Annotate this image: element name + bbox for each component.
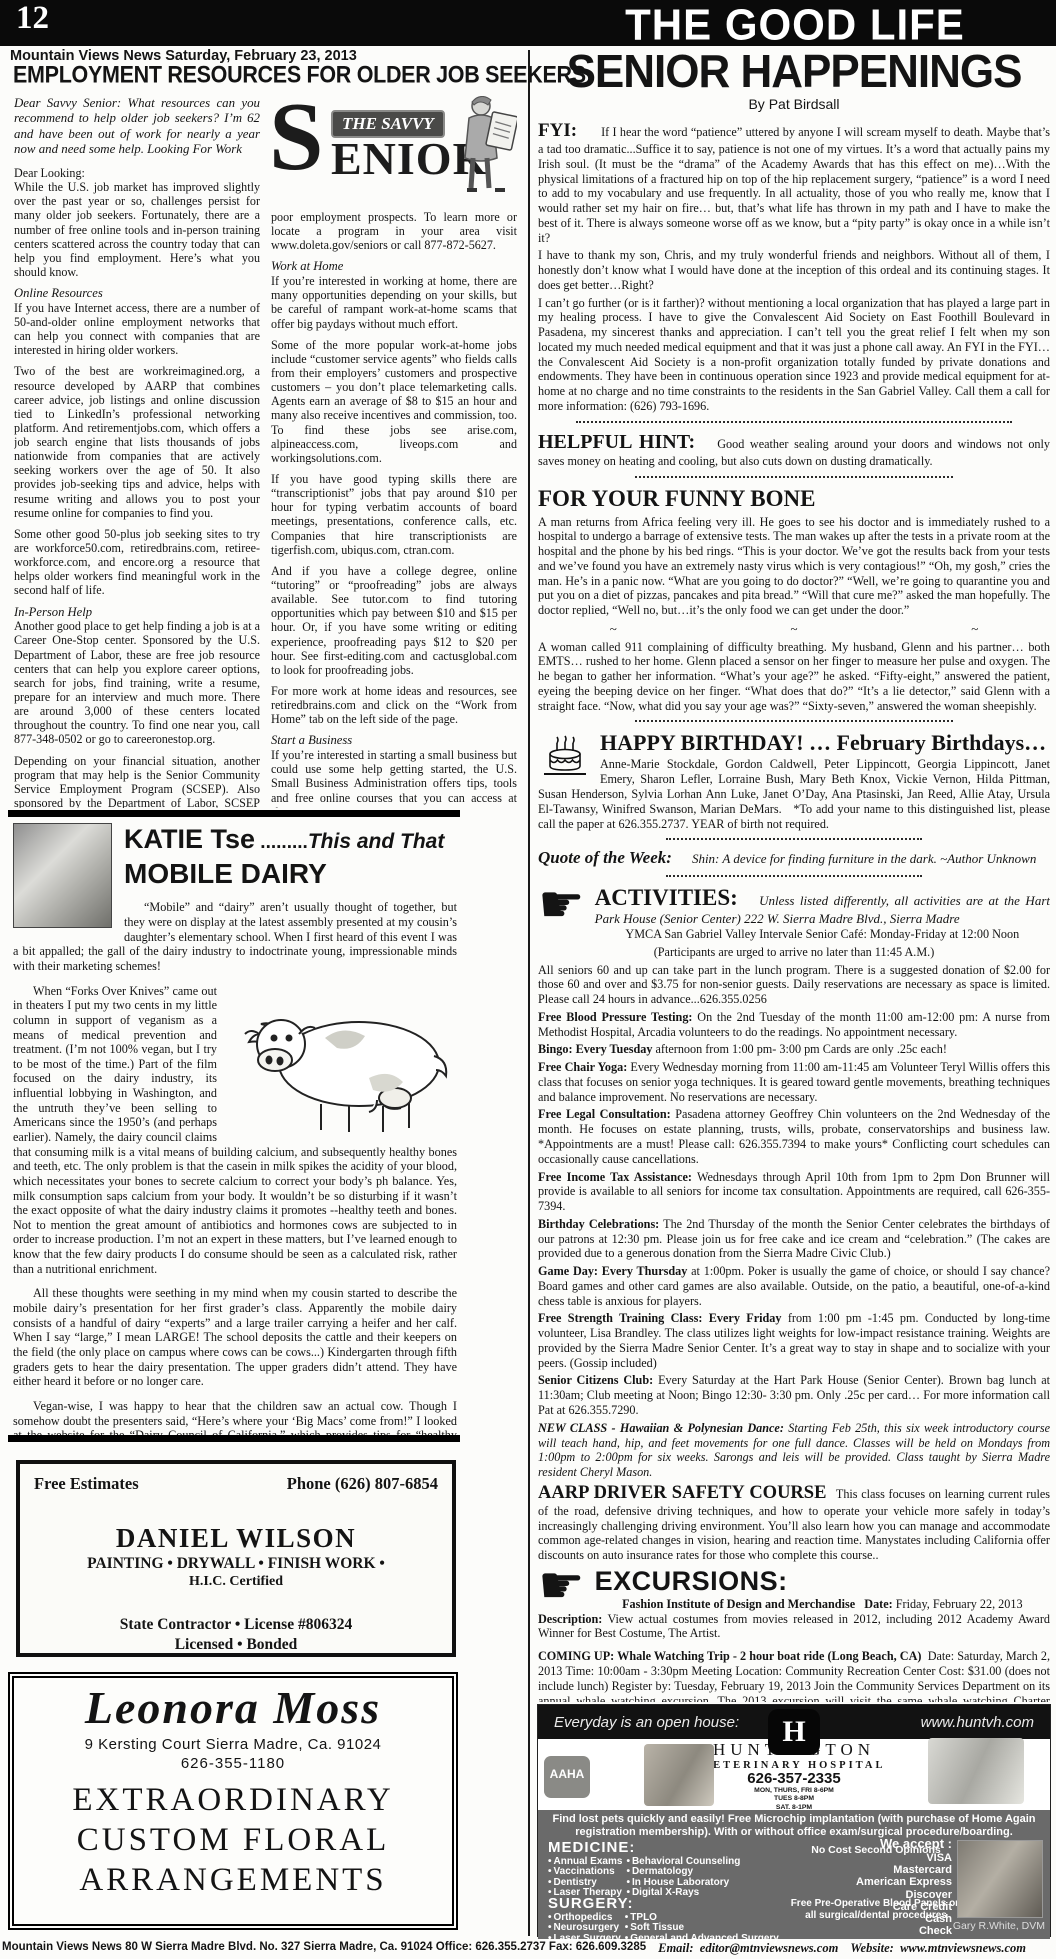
activity-item: Free Income Tax Assistance: Wednesdays t… <box>538 1170 1050 1214</box>
tilde: ~ <box>790 621 797 637</box>
coming-up-item: COMING UP: Whale Watching Trip - 2 hour … <box>538 1649 1050 1702</box>
daniel-licensed-bonded: Licensed • Bonded <box>20 1635 452 1655</box>
senior-happenings-headline: SENIOR HAPPENINGS <box>538 50 1050 95</box>
payment-item: VISA <box>802 1852 952 1864</box>
payment-item: Cash <box>802 1913 952 1925</box>
email-address: editor@mtnviewsnews.com <box>700 1941 839 1955</box>
article-paragraph: Another good place to get help finding a… <box>14 619 260 746</box>
article-paragraph: If you have good typing skills there are… <box>271 472 517 557</box>
fyi-text-1: If I hear the word “patience” uttered by… <box>538 125 1050 245</box>
daniel-ad-toprow: Free Estimates Phone (626) 807-6854 <box>20 1464 452 1494</box>
daniel-ad-bottom: State Contractor • License #806324 Licen… <box>20 1615 452 1655</box>
activity-item: Birthday Celebrations: The 2nd Thursday … <box>538 1217 1050 1261</box>
activity-item: Free Chair Yoga: Every Wednesday morning… <box>538 1060 1050 1104</box>
quote-text: Shin: A device for finding furniture in … <box>692 851 1036 866</box>
payment-item: Check <box>802 1925 952 1937</box>
daniel-ad-center: DANIEL WILSON PAINTING • DRYWALL • FINIS… <box>20 1524 452 1591</box>
article-subhead: Online Resources <box>14 286 260 301</box>
employment-column-2: S THE SAVVY ENIOR <box>271 96 517 808</box>
email-label: Email: <box>658 1941 693 1955</box>
aaha-badge: AAHA <box>544 1756 590 1798</box>
ymca-line2: (Participants are urged to arrive no lat… <box>538 945 1050 960</box>
activity-item: Bingo: Every Tuesday afternoon from 1:00… <box>538 1042 1050 1057</box>
activity-item: Senior Citizens Club: Every Saturday at … <box>538 1373 1050 1417</box>
dog-photo <box>928 1738 1024 1804</box>
article-paragraph: If you’re interested in starting a small… <box>271 748 517 808</box>
coming-up-label: COMING UP: Whale Watching Trip - 2 hour … <box>538 1649 921 1663</box>
fyi-paragraph-2: I have to thank my son, Chris, and my tr… <box>538 248 1050 292</box>
activity-label: Free Chair Yoga: <box>538 1060 627 1074</box>
medicine-list-2: Behavioral CounselingDermatologyIn House… <box>626 1857 740 1899</box>
daniel-certification: H.I.C. Certified <box>20 1573 452 1591</box>
article-paragraph: While the U.S. job market has improved s… <box>14 180 260 279</box>
activity-label: Free Strength Training Class: Every Frid… <box>538 1311 781 1325</box>
activities-label: ACTIVITIES: <box>595 885 754 910</box>
helpful-hint: HELPFUL HINT:Good weather sealing around… <box>538 431 1050 469</box>
katie-column-tagline: This and That <box>308 830 445 853</box>
medicine-item: Vaccinations <box>548 1867 622 1878</box>
employment-intro: Dear Savvy Senior: What resources can yo… <box>14 96 260 158</box>
senior-happenings-section: SENIOR HAPPENINGS By Pat Birdsall FYI:If… <box>538 50 1050 1702</box>
dotted-separator <box>666 874 922 877</box>
surgery-list-2: TPLOSoft TissueGeneral and Advanced Surg… <box>625 1913 779 1945</box>
excursion-1-description: Description: View actual costumes from m… <box>538 1612 1050 1642</box>
surgery-label: SURGERY: <box>548 1896 810 1913</box>
katie-paragraph: Vegan-wise, I was happy to hear that the… <box>13 1399 457 1442</box>
katie-paragraph: All these thoughts were seething in my m… <box>13 1286 457 1388</box>
website-label: Website: <box>850 1941 894 1955</box>
dotted-separator <box>576 420 1011 423</box>
microchip-offer: Find lost pets quickly and easily! Free … <box>538 1813 1050 1839</box>
fyi-paragraph-1: FYI:If I hear the word “patience” uttere… <box>538 120 1050 245</box>
activity-item: Free Legal Consultation: Pasadena attorn… <box>538 1107 1050 1166</box>
fyi-paragraph-3: I can’t go further (or is it farther)? w… <box>538 296 1050 414</box>
website-address: www.mtnviewsnews.com <box>900 1941 1026 1955</box>
article-paragraph: And if you have a college degree, online… <box>271 564 517 677</box>
excursion-1-desc-text: View actual costumes from movies release… <box>538 1612 1050 1641</box>
excursion-1-titleline: Fashion Institute of Design and Merchand… <box>538 1597 1050 1612</box>
activity-label: Free Blood Pressure Testing: <box>538 1010 692 1024</box>
leonora-tagline-line: ARRANGEMENTS <box>14 1860 452 1900</box>
activity-label: Game Day: Every Thursday <box>538 1264 687 1278</box>
aarp-course: AARP DRIVER SAFETY COURSE This class foc… <box>538 1483 1050 1563</box>
byline: By Pat Birdsall <box>538 96 1050 112</box>
vet-name-caption: Gary R.White, DVM <box>953 1920 1045 1932</box>
leonora-moss-ad: Leonora Moss 9 Kersting Court Sierra Mad… <box>8 1672 458 1930</box>
activity-label: Free Income Tax Assistance: <box>538 1170 692 1184</box>
joke-1: A man returns from Africa feeling very i… <box>538 515 1050 618</box>
surgery-block: SURGERY: OrthopedicsNeurosurgeryLaser Su… <box>548 1896 810 1944</box>
daniel-phone: Phone (626) 807-6854 <box>287 1474 438 1494</box>
pointing-hand-icon: ☛ <box>538 885 585 927</box>
huntington-h-logo: H <box>768 1709 820 1755</box>
column-divider <box>528 50 530 1936</box>
surgery-list-1: OrthopedicsNeurosurgeryLaser Surgery <box>548 1913 621 1945</box>
medicine-block: MEDICINE: Annual ExamsVaccinationsDentis… <box>548 1840 800 1899</box>
footer-website: Website: www.mtnviewsnews.com <box>850 1941 1026 1956</box>
excursion-1-title: Fashion Institute of Design and Merchand… <box>622 1597 855 1611</box>
fyi-label: FYI: <box>538 120 601 141</box>
activity-label: Senior Citizens Club: <box>538 1373 653 1387</box>
title-dots: ......... <box>255 832 308 853</box>
helpful-hint-label: HELPFUL HINT: <box>538 431 717 453</box>
article-paragraph: Some of the more popular work-at-home jo… <box>271 338 517 465</box>
daniel-services: PAINTING • DRYWALL • FINISH WORK • <box>20 1554 452 1573</box>
katie-author-name: KATIE Tse <box>124 824 255 854</box>
ymca-text: All seniors 60 and up can take part in t… <box>538 963 1050 1007</box>
dotted-separator <box>666 837 922 840</box>
new-class-item: NEW CLASS - Hawaiian & Polynesian Dance:… <box>538 1421 1050 1480</box>
new-class-label: NEW CLASS - Hawaiian & Polynesian Dance: <box>538 1421 784 1435</box>
tilde: ~ <box>610 621 617 637</box>
surgery-item: Neurosurgery <box>548 1923 621 1934</box>
activity-text: afternoon from 1:00 pm- 3:00 pm Cards ar… <box>656 1042 947 1056</box>
joke-2: A woman called 911 complaining of diffic… <box>538 640 1050 714</box>
article-paragraph: poor employment prospects. To learn more… <box>271 210 517 252</box>
article-subhead: In-Person Help <box>14 605 260 620</box>
excursions-header: ☛ EXCURSIONS: Fashion Institute of Desig… <box>538 1566 1050 1641</box>
leonora-moss-logo: Leonora Moss <box>14 1682 452 1735</box>
footer-email: Email: editor@mtnviewsnews.com <box>658 1941 838 1956</box>
article-subhead: Work at Home <box>271 259 517 274</box>
employment-col2-paragraphs: poor employment prospects. To learn more… <box>271 210 517 808</box>
article-paragraph: Depending on your financial situation, a… <box>14 754 260 808</box>
huntington-top-bar: Everyday is an open house: www.huntvh.co… <box>538 1705 1050 1739</box>
katie-tse-column: KATIE Tse .........This and That MOBILE … <box>8 810 460 1442</box>
employment-column-1: Dear Savvy Senior: What resources can yo… <box>14 96 260 808</box>
huntington-website: www.huntvh.com <box>921 1714 1034 1731</box>
vet-photo <box>957 1840 1043 1918</box>
employment-headline: EMPLOYMENT RESOURCES FOR OLDER JOB SEEKE… <box>13 61 483 89</box>
leonora-tagline-line: CUSTOM FLORAL <box>14 1820 452 1860</box>
tilde-divider: ~ ~ ~ <box>610 621 979 637</box>
description-label: Description: <box>538 1612 602 1626</box>
newspaper-page: 12 THE GOOD LIFE Mountain Views News Sat… <box>0 0 1056 1959</box>
activities-header: ☛ ACTIVITIES: Unless listed differently,… <box>538 885 1050 927</box>
cow-illustration <box>229 986 457 1138</box>
birthday-block: HAPPY BIRTHDAY! … February Birthdays… An… <box>538 730 1050 831</box>
leonora-phone: 626-355-1180 <box>14 1754 452 1774</box>
katie-portrait-photo <box>13 823 112 928</box>
activity-label: Birthday Celebrations: <box>538 1217 659 1231</box>
savvy-senior-logo: S THE SAVVY ENIOR <box>271 96 517 204</box>
free-estimates-label: Free Estimates <box>34 1474 139 1494</box>
footer-contact-line: Mountain Views News 80 W Sierra Madre Bl… <box>2 1941 646 1956</box>
cat-photo <box>644 1744 714 1806</box>
article-paragraph: If you have Internet access, there are a… <box>14 301 260 358</box>
payment-item: Mastercard <box>802 1864 952 1876</box>
excursion-1-date-label: Date: <box>864 1597 892 1611</box>
excursions-label: EXCURSIONS: <box>595 1566 788 1596</box>
payment-item: Care Credit <box>802 1901 952 1913</box>
quote-of-the-week: Quote of the Week:Shin: A device for fin… <box>538 848 1050 868</box>
article-lead-line: Dear Looking: <box>14 166 260 180</box>
employment-article: Dear Savvy Senior: What resources can yo… <box>14 96 517 808</box>
activity-item: Free Blood Pressure Testing: On the 2nd … <box>538 1010 1050 1040</box>
newspaper-reader-cartoon-icon <box>455 96 517 197</box>
employment-col1-paragraphs: Dear Looking: While the U.S. job market … <box>14 166 260 808</box>
medicine-label: MEDICINE: <box>548 1840 800 1857</box>
birthday-names: Anne-Marie Stockdale, Gordon Caldwell, P… <box>538 757 1050 831</box>
quote-label: Quote of the Week: <box>538 848 692 867</box>
activity-label: Free Legal Consultation: <box>538 1107 671 1121</box>
article-paragraph: Some other good 50-plus job seeking site… <box>14 527 260 598</box>
daniel-wilson-ad: Free Estimates Phone (626) 807-6854 DANI… <box>16 1460 456 1657</box>
excursion-1-date: Friday, February 22, 2013 <box>896 1597 1023 1611</box>
birthday-title: HAPPY BIRTHDAY! … February Birthdays… <box>538 730 1050 756</box>
huntington-vet-ad: Everyday is an open house: www.huntvh.co… <box>537 1704 1051 1937</box>
pointing-hand-icon: ☛ <box>538 1566 585 1608</box>
savvy-s-letter: S <box>269 96 324 186</box>
article-paragraph: Two of the best are workreimagined.org, … <box>14 364 260 520</box>
ymca-line1: YMCA San Gabriel Valley Intervale Senior… <box>538 927 1050 942</box>
huntington-services-band: Find lost pets quickly and easily! Free … <box>538 1810 1050 1939</box>
payment-methods: We accept : VISAMastercardAmerican Expre… <box>802 1836 952 1938</box>
activities-list: Free Blood Pressure Testing: On the 2nd … <box>538 1010 1050 1418</box>
open-house-tagline: Everyday is an open house: <box>554 1714 739 1731</box>
tilde: ~ <box>971 621 978 637</box>
funny-bone-title: FOR YOUR FUNNY BONE <box>538 486 1050 512</box>
activity-item: Free Strength Training Class: Every Frid… <box>538 1311 1050 1370</box>
leonora-tagline: EXTRAORDINARYCUSTOM FLORALARRANGEMENTS <box>14 1780 452 1901</box>
article-paragraph: For more work at home ideas and resource… <box>271 684 517 726</box>
article-paragraph: If you’re interested in working at home,… <box>271 274 517 331</box>
daniel-name: DANIEL WILSON <box>20 1524 452 1554</box>
katie-paragraphs: When “Forks Over Knives” came out in the… <box>13 984 457 1442</box>
birthday-cake-icon <box>540 734 590 782</box>
we-accept-label: We accept : <box>802 1836 952 1852</box>
dotted-separator <box>635 475 952 478</box>
activity-label: Bingo: Every Tuesday <box>538 1042 652 1056</box>
leonora-tagline-line: EXTRAORDINARY <box>14 1780 452 1820</box>
page-footer: Mountain Views News 80 W Sierra Madre Bl… <box>2 1941 1056 1956</box>
dotted-separator <box>635 719 952 722</box>
medicine-list-1: Annual ExamsVaccinationsDentistryLaser T… <box>548 1857 622 1899</box>
surgery-item: Soft Tissue <box>625 1923 779 1934</box>
aarp-label: AARP DRIVER SAFETY COURSE <box>538 1483 832 1503</box>
payment-item: Discover <box>802 1889 952 1901</box>
payment-list: VISAMastercardAmerican ExpressDiscoverCa… <box>802 1852 952 1938</box>
activity-item: Game Day: Every Thursday at 1:00pm. Poke… <box>538 1264 1050 1308</box>
medicine-item: Dermatology <box>626 1867 740 1878</box>
daniel-license: State Contractor • License #806324 <box>20 1615 452 1635</box>
payment-item: American Express <box>802 1876 952 1888</box>
section-banner-title: THE GOOD LIFE <box>540 1 1050 48</box>
page-number: 12 <box>16 2 49 35</box>
leonora-address: 9 Kersting Court Sierra Madre, Ca. 91024 <box>14 1735 452 1755</box>
article-subhead: Start a Business <box>271 733 517 748</box>
